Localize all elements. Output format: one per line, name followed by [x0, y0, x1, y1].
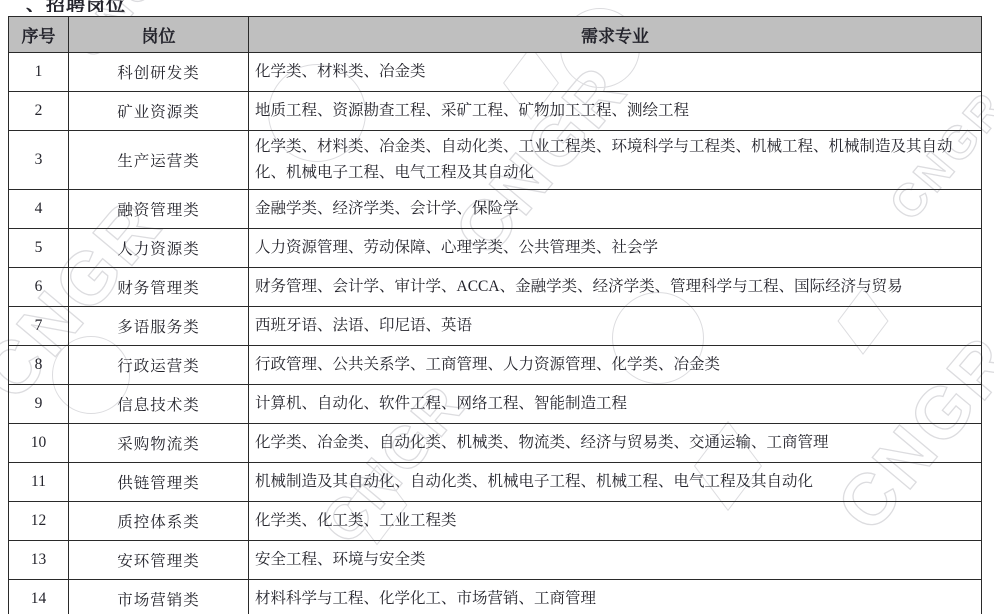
majors-cell: 化学类、冶金类、自动化类、机械类、物流类、经济与贸易类、交通运输、工商管理 [249, 424, 982, 463]
col-header-position: 岗位 [69, 17, 249, 53]
majors-cell: 材料科学与工程、化学化工、市场营销、工商管理 [249, 580, 982, 614]
table-row: 13安环管理类安全工程、环境与安全类 [9, 541, 982, 580]
row-number-cell: 8 [9, 346, 69, 385]
position-cell: 生产运营类 [69, 131, 249, 190]
col-header-no: 序号 [9, 17, 69, 53]
row-number-cell: 7 [9, 307, 69, 346]
row-number-cell: 4 [9, 190, 69, 229]
recruitment-table: 序号 岗位 需求专业 1科创研发类化学类、材料类、冶金类2矿业资源类地质工程、资… [8, 16, 982, 614]
position-cell: 矿业资源类 [69, 92, 249, 131]
table-row: 9信息技术类计算机、自动化、软件工程、网络工程、智能制造工程 [9, 385, 982, 424]
row-number-cell: 11 [9, 463, 69, 502]
position-cell: 质控体系类 [69, 502, 249, 541]
row-number-cell: 2 [9, 92, 69, 131]
majors-cell: 化学类、化工类、工业工程类 [249, 502, 982, 541]
table-row: 1科创研发类化学类、材料类、冶金类 [9, 53, 982, 92]
majors-cell: 化学类、材料类、冶金类 [249, 53, 982, 92]
majors-cell: 安全工程、环境与安全类 [249, 541, 982, 580]
majors-cell: 机械制造及其自动化、自动化类、机械电子工程、机械工程、电气工程及其自动化 [249, 463, 982, 502]
table-row: 10采购物流类化学类、冶金类、自动化类、机械类、物流类、经济与贸易类、交通运输、… [9, 424, 982, 463]
row-number-cell: 9 [9, 385, 69, 424]
table-row: 5人力资源类人力资源管理、劳动保障、心理学类、公共管理类、社会学 [9, 229, 982, 268]
position-cell: 供链管理类 [69, 463, 249, 502]
position-cell: 财务管理类 [69, 268, 249, 307]
section-title-text: 、招聘岗位 [26, 0, 126, 12]
table-row: 8行政运营类行政管理、公共关系学、工商管理、人力资源管理、化学类、冶金类 [9, 346, 982, 385]
table-row: 11供链管理类机械制造及其自动化、自动化类、机械电子工程、机械工程、电气工程及其… [9, 463, 982, 502]
row-number-cell: 10 [9, 424, 69, 463]
row-number-cell: 5 [9, 229, 69, 268]
table-row: 3生产运营类化学类、材料类、冶金类、自动化类、工业工程类、环境科学与工程类、机械… [9, 131, 982, 190]
position-cell: 采购物流类 [69, 424, 249, 463]
table-row: 2矿业资源类地质工程、资源勘查工程、采矿工程、矿物加工工程、测绘工程 [9, 92, 982, 131]
majors-cell: 西班牙语、法语、印尼语、英语 [249, 307, 982, 346]
table-row: 6财务管理类财务管理、会计学、审计学、ACCA、金融学类、经济学类、管理科学与工… [9, 268, 982, 307]
table-row: 4融资管理类金融学类、经济学类、会计学、保险学 [9, 190, 982, 229]
majors-cell: 行政管理、公共关系学、工商管理、人力资源管理、化学类、冶金类 [249, 346, 982, 385]
majors-cell: 金融学类、经济学类、会计学、保险学 [249, 190, 982, 229]
table-row: 14市场营销类材料科学与工程、化学化工、市场营销、工商管理 [9, 580, 982, 614]
position-cell: 安环管理类 [69, 541, 249, 580]
majors-cell: 化学类、材料类、冶金类、自动化类、工业工程类、环境科学与工程类、机械工程、机械制… [249, 131, 982, 190]
document-page: CNGR CNGR CNGR CNGR CNGR CNGR 、招聘岗位 序号 岗… [0, 0, 994, 614]
majors-cell: 财务管理、会计学、审计学、ACCA、金融学类、经济学类、管理科学与工程、国际经济… [249, 268, 982, 307]
majors-cell: 计算机、自动化、软件工程、网络工程、智能制造工程 [249, 385, 982, 424]
col-header-majors: 需求专业 [249, 17, 982, 53]
majors-cell: 人力资源管理、劳动保障、心理学类、公共管理类、社会学 [249, 229, 982, 268]
section-title: 、招聘岗位 [26, 0, 126, 12]
row-number-cell: 12 [9, 502, 69, 541]
table-header-row: 序号 岗位 需求专业 [9, 17, 982, 53]
row-number-cell: 6 [9, 268, 69, 307]
position-cell: 行政运营类 [69, 346, 249, 385]
row-number-cell: 1 [9, 53, 69, 92]
position-cell: 信息技术类 [69, 385, 249, 424]
row-number-cell: 13 [9, 541, 69, 580]
position-cell: 融资管理类 [69, 190, 249, 229]
row-number-cell: 14 [9, 580, 69, 614]
position-cell: 市场营销类 [69, 580, 249, 614]
position-cell: 科创研发类 [69, 53, 249, 92]
position-cell: 多语服务类 [69, 307, 249, 346]
position-cell: 人力资源类 [69, 229, 249, 268]
majors-cell: 地质工程、资源勘查工程、采矿工程、矿物加工工程、测绘工程 [249, 92, 982, 131]
table-row: 12质控体系类化学类、化工类、工业工程类 [9, 502, 982, 541]
row-number-cell: 3 [9, 131, 69, 190]
table-row: 7多语服务类西班牙语、法语、印尼语、英语 [9, 307, 982, 346]
